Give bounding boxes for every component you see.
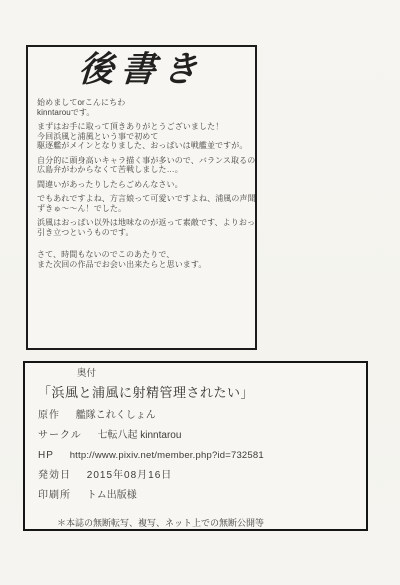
afterword-paragraph-thanks: まずはお手に取って頂きありがとうございました！ 今回浜風と浦風という事で初めて … bbox=[37, 122, 255, 151]
colophon-row-value: 七転八起 kinntarou bbox=[97, 430, 181, 441]
copyright-notice-line: を禁止致します bbox=[57, 529, 366, 532]
afterword-line: 自分的に頭身高いキャラ描く事が多いので、バランス取るのが大変だったのと bbox=[37, 156, 255, 166]
colophon-row-label: サークル bbox=[38, 430, 82, 441]
afterword-line: でもあれですよね、方言娘って可愛いですよね、浦風の声聞いた時 bbox=[37, 194, 255, 204]
afterword-title: 後書き bbox=[27, 49, 257, 91]
scanned-afterword-page: 後書き 始めましてorこんにちわ kinntarouです。 まずはお手に取って頂… bbox=[0, 0, 400, 585]
colophon-row-value: 2015年08月16日 bbox=[87, 470, 173, 481]
copyright-notice-line: ＊本誌の無断転写、複写、ネット上での無断公開等 bbox=[57, 518, 366, 529]
afterword-line: 広島弁がわからなくて苦戦しました…。 bbox=[37, 165, 255, 175]
colophon-row-url: http://www.pixiv.net/member.php?id=73258… bbox=[70, 450, 264, 461]
afterword-paragraph-farewell: さて、時間もないのでこのあたりで、 また次回の作品でお会い出来たらと思います。 bbox=[37, 250, 255, 269]
book-title: 「浜風と浦風に射精管理されたい」 bbox=[25, 385, 366, 401]
afterword-paragraph-struggles: 自分的に頭身高いキャラ描く事が多いので、バランス取るのが大変だったのと 広島弁が… bbox=[37, 156, 255, 175]
afterword-line: 今回浜風と浦風という事で初めて bbox=[37, 132, 255, 142]
colophon-header: 奥付 bbox=[25, 368, 366, 379]
colophon-row-label: HP bbox=[38, 450, 54, 461]
afterword-line: 浜風はおっぱい以外は地味なのが返って素敵です、よりおっぱいが bbox=[37, 218, 255, 228]
colophon-row-label: 原作 bbox=[38, 410, 60, 421]
afterword-paragraph-apology: 間違いがあったりしたらごめんなさい。 bbox=[37, 180, 255, 190]
afterword-line: 間違いがあったりしたらごめんなさい。 bbox=[37, 180, 255, 190]
afterword-line: ずきゅ～～ん！でした。 bbox=[37, 204, 255, 214]
colophon-row-label: 発効日 bbox=[38, 470, 71, 481]
colophon-row-homepage: HP http://www.pixiv.net/member.php?id=73… bbox=[25, 450, 366, 461]
afterword-paragraph-greeting: 始めましてorこんにちわ kinntarouです。 bbox=[37, 98, 255, 117]
copyright-notice: ＊本誌の無断転写、複写、ネット上での無断公開等 を禁止致します bbox=[25, 518, 366, 531]
afterword-section: 後書き 始めましてorこんにちわ kinntarouです。 まずはお手に取って頂… bbox=[26, 45, 257, 350]
afterword-paragraph-dialect: でもあれですよね、方言娘って可愛いですよね、浦風の声聞いた時 ずきゅ～～ん！でし… bbox=[37, 194, 255, 213]
afterword-line: 駆逐艦がメインとなりました、おっぱいは戦艦並ですが。 bbox=[37, 141, 255, 151]
colophon-row-label: 印刷所 bbox=[38, 490, 71, 501]
colophon-row-value: 艦隊これくしょん bbox=[76, 410, 156, 421]
colophon-section: 奥付 「浜風と浦風に射精管理されたい」 原作 艦隊これくしょん サークル 七転八… bbox=[23, 361, 368, 531]
afterword-line: kinntarouです。 bbox=[37, 108, 255, 118]
afterword-body: 始めましてorこんにちわ kinntarouです。 まずはお手に取って頂きありが… bbox=[28, 98, 255, 269]
afterword-line: 始めましてorこんにちわ bbox=[37, 98, 255, 108]
afterword-line: さて、時間もないのでこのあたりで、 bbox=[37, 250, 255, 260]
colophon-row-issue-date: 発効日 2015年08月16日 bbox=[25, 470, 366, 481]
colophon-row-value: トム出版様 bbox=[87, 490, 137, 501]
colophon-rows: 原作 艦隊これくしょん サークル 七転八起 kinntarou HP http:… bbox=[25, 410, 366, 501]
colophon-row-printer: 印刷所 トム出版様 bbox=[25, 490, 366, 501]
afterword-line: 引き立つというものです。 bbox=[37, 228, 255, 238]
afterword-line: まずはお手に取って頂きありがとうございました！ bbox=[37, 122, 255, 132]
colophon-row-original-work: 原作 艦隊これくしょん bbox=[25, 410, 366, 421]
afterword-paragraph-hamakaze: 浜風はおっぱい以外は地味なのが返って素敵です、よりおっぱいが 引き立つというもの… bbox=[37, 218, 255, 237]
colophon-row-circle: サークル 七転八起 kinntarou bbox=[25, 430, 366, 441]
afterword-line: また次回の作品でお会い出来たらと思います。 bbox=[37, 260, 255, 270]
